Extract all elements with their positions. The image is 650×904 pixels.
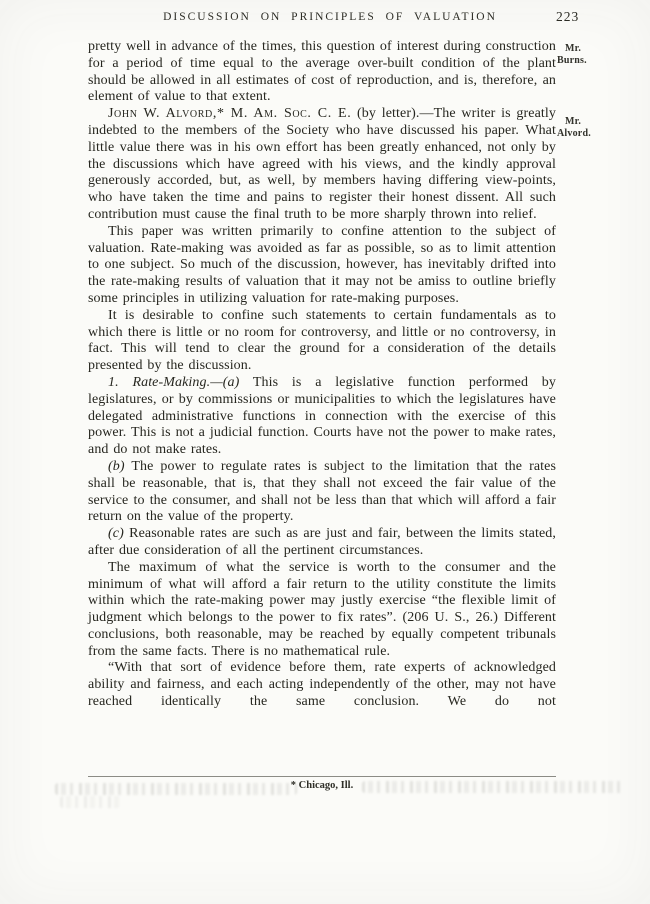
item-label: (c) <box>108 526 124 541</box>
margin-note-line: Burns. <box>557 55 632 67</box>
paragraph: “With that sort of evidence before them,… <box>88 660 556 710</box>
paragraph: John W. Alvord,* M. Am. Soc. C. E. (by l… <box>88 106 556 224</box>
margin-note-line: Mr. <box>565 43 632 55</box>
paragraph-text: This paper was written primarily to conf… <box>88 224 556 306</box>
bleed-through-text-small <box>60 796 120 808</box>
paragraph-text: The maximum of what the service is worth… <box>88 560 556 659</box>
paragraph-text: “With that sort of evidence before them,… <box>88 660 556 709</box>
paragraph-text: The power to regulate rates is subject t… <box>88 459 556 524</box>
paragraph: The maximum of what the service is worth… <box>88 560 556 661</box>
margin-note-line: Alvord. <box>557 128 632 140</box>
paragraph: 1. Rate-Making.—(a) This is a legislativ… <box>88 375 556 459</box>
paragraph: (c) Reasonable rates are such as are jus… <box>88 526 556 560</box>
paragraph: pretty well in advance of the times, thi… <box>88 39 556 106</box>
paragraph-text: pretty well in advance of the times, thi… <box>88 39 556 104</box>
text-column: pretty well in advance of the times, thi… <box>88 39 556 711</box>
margin-note-burns: Mr. Burns. <box>557 43 632 66</box>
paragraph: This paper was written primarily to conf… <box>88 224 556 308</box>
margin-note-alvord: Mr. Alvord. <box>557 116 632 139</box>
section-heading: 1. Rate-Making.—(a) <box>108 375 239 390</box>
paragraph: It is desirable to confine such statemen… <box>88 308 556 375</box>
paragraph-text: (by letter).—The writer is greatly indeb… <box>88 106 556 222</box>
speaker-name: John W. Alvord,* M. Am. Soc. C. E. <box>108 106 351 121</box>
book-page: DISCUSSION ON PRINCIPLES OF VALUATION 22… <box>0 0 650 904</box>
item-label: (b) <box>108 459 125 474</box>
margin-note-line: Mr. <box>565 116 632 128</box>
footnote-divider <box>88 776 556 777</box>
bleed-through-text-left <box>55 783 297 795</box>
paragraph: (b) The power to regulate rates is subje… <box>88 459 556 526</box>
page-number: 223 <box>556 9 596 25</box>
bleed-through-text-right <box>362 781 624 793</box>
paragraph-text: It is desirable to confine such statemen… <box>88 308 556 373</box>
paragraph-text: Reasonable rates are such as are just an… <box>88 526 556 558</box>
running-header-title: DISCUSSION ON PRINCIPLES OF VALUATION <box>95 11 565 23</box>
